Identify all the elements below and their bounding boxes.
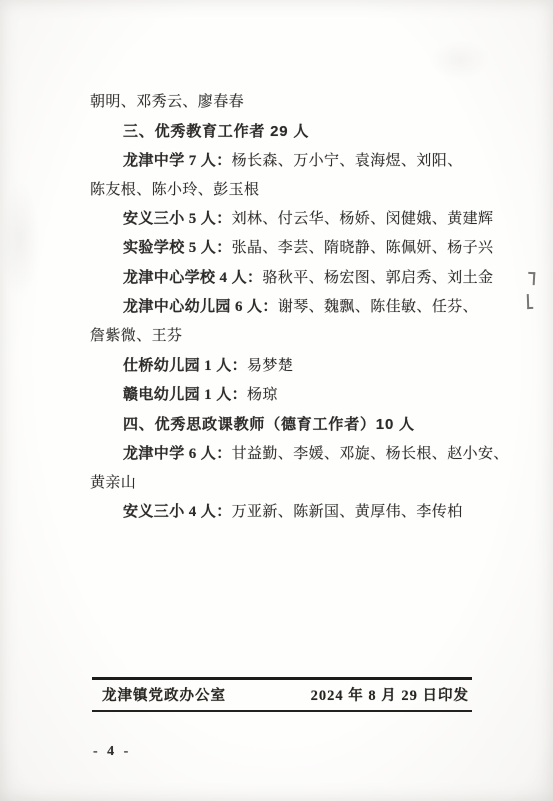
document-line: 安义三小 4 人：万亚新、陈新国、黄厚伟、李传柏 [90,498,474,527]
document-line: 黄亲山 [90,469,474,498]
document-line: 安义三小 5 人：刘林、付云华、杨娇、闵健娥、黄建辉 [90,205,474,234]
document-line: 陈友根、陈小玲、彭玉根 [90,176,474,205]
footer-bottom-rule [92,710,472,712]
footer-print-date: 2024 年 8 月 29 日印发 [311,684,469,705]
line-prefix: 仕桥幼儿园 1 人： [123,358,247,374]
scan-smudge [430,40,490,80]
scan-smudge [0,180,40,300]
scan-artifact-icon [528,272,536,285]
page-number: - 4 - [93,744,131,760]
line-text: 骆秋平、杨宏图、郭启秀、刘土金 [262,270,493,286]
line-text: 刘林、付云华、杨娇、闵健娥、黄建辉 [232,211,494,227]
document-line: 仕桥幼儿园 1 人：易梦楚 [90,352,474,381]
line-text: 三、优秀教育工作者 29 人 [123,123,309,140]
line-text: 四、优秀思政课教师（德育工作者）10 人 [123,416,415,433]
line-text: 杨长森、万小宁、袁海煜、刘阳、 [232,153,463,169]
document-line: 朝明、邓秀云、廖春春 [90,88,474,117]
line-text: 易梦楚 [247,358,293,374]
document-line: 龙津中学 7 人：杨长森、万小宁、袁海煜、刘阳、 [90,147,474,176]
line-text: 张晶、李芸、隋晓静、陈佩妍、杨子兴 [232,240,494,256]
footer-row: 龙津镇党政办公室 2024 年 8 月 29 日印发 [102,684,469,705]
scan-artifact-icon [527,294,534,309]
document-line: 龙津中心学校 4 人：骆秋平、杨宏图、郭启秀、刘土金 [90,264,474,293]
line-text: 朝明、邓秀云、廖春春 [90,94,244,110]
line-text: 甘益勤、李媛、邓旋、杨长根、赵小安、 [232,446,509,462]
scanned-document-page: 朝明、邓秀云、廖春春三、优秀教育工作者 29 人龙津中学 7 人：杨长森、万小宁… [0,0,553,801]
line-prefix: 龙津中学 6 人： [123,446,232,462]
footer-issuing-office: 龙津镇党政办公室 [102,684,226,705]
document-line: 龙津中心幼儿园 6 人：谢琴、魏飘、陈佳敏、任芬、 [90,293,474,322]
document-line: 龙津中学 6 人：甘益勤、李媛、邓旋、杨长根、赵小安、 [90,440,474,469]
document-line: 赣电幼儿园 1 人：杨琼 [90,381,474,410]
document-body: 朝明、邓秀云、廖春春三、优秀教育工作者 29 人龙津中学 7 人：杨长森、万小宁… [90,88,474,527]
line-text: 万亚新、陈新国、黄厚伟、李传柏 [232,504,463,520]
document-line: 实验学校 5 人：张晶、李芸、隋晓静、陈佩妍、杨子兴 [90,234,474,263]
line-prefix: 实验学校 5 人： [123,240,232,256]
line-text: 陈友根、陈小玲、彭玉根 [90,182,259,198]
line-text: 杨琼 [247,387,278,403]
document-line: 詹紫微、王芬 [90,322,474,351]
line-prefix: 龙津中心学校 4 人： [123,270,262,286]
footer-top-rule [92,677,472,680]
line-text: 谢琴、魏飘、陈佳敏、任芬、 [278,299,478,315]
document-line: 四、优秀思政课教师（德育工作者）10 人 [90,410,474,439]
line-text: 詹紫微、王芬 [90,328,182,344]
line-prefix: 安义三小 5 人： [123,211,232,227]
line-prefix: 赣电幼儿园 1 人： [123,387,247,403]
document-line: 三、优秀教育工作者 29 人 [90,117,474,146]
line-text: 黄亲山 [90,475,136,491]
line-prefix: 安义三小 4 人： [123,504,232,520]
line-prefix: 龙津中学 7 人： [123,153,232,169]
line-prefix: 龙津中心幼儿园 6 人： [123,299,278,315]
